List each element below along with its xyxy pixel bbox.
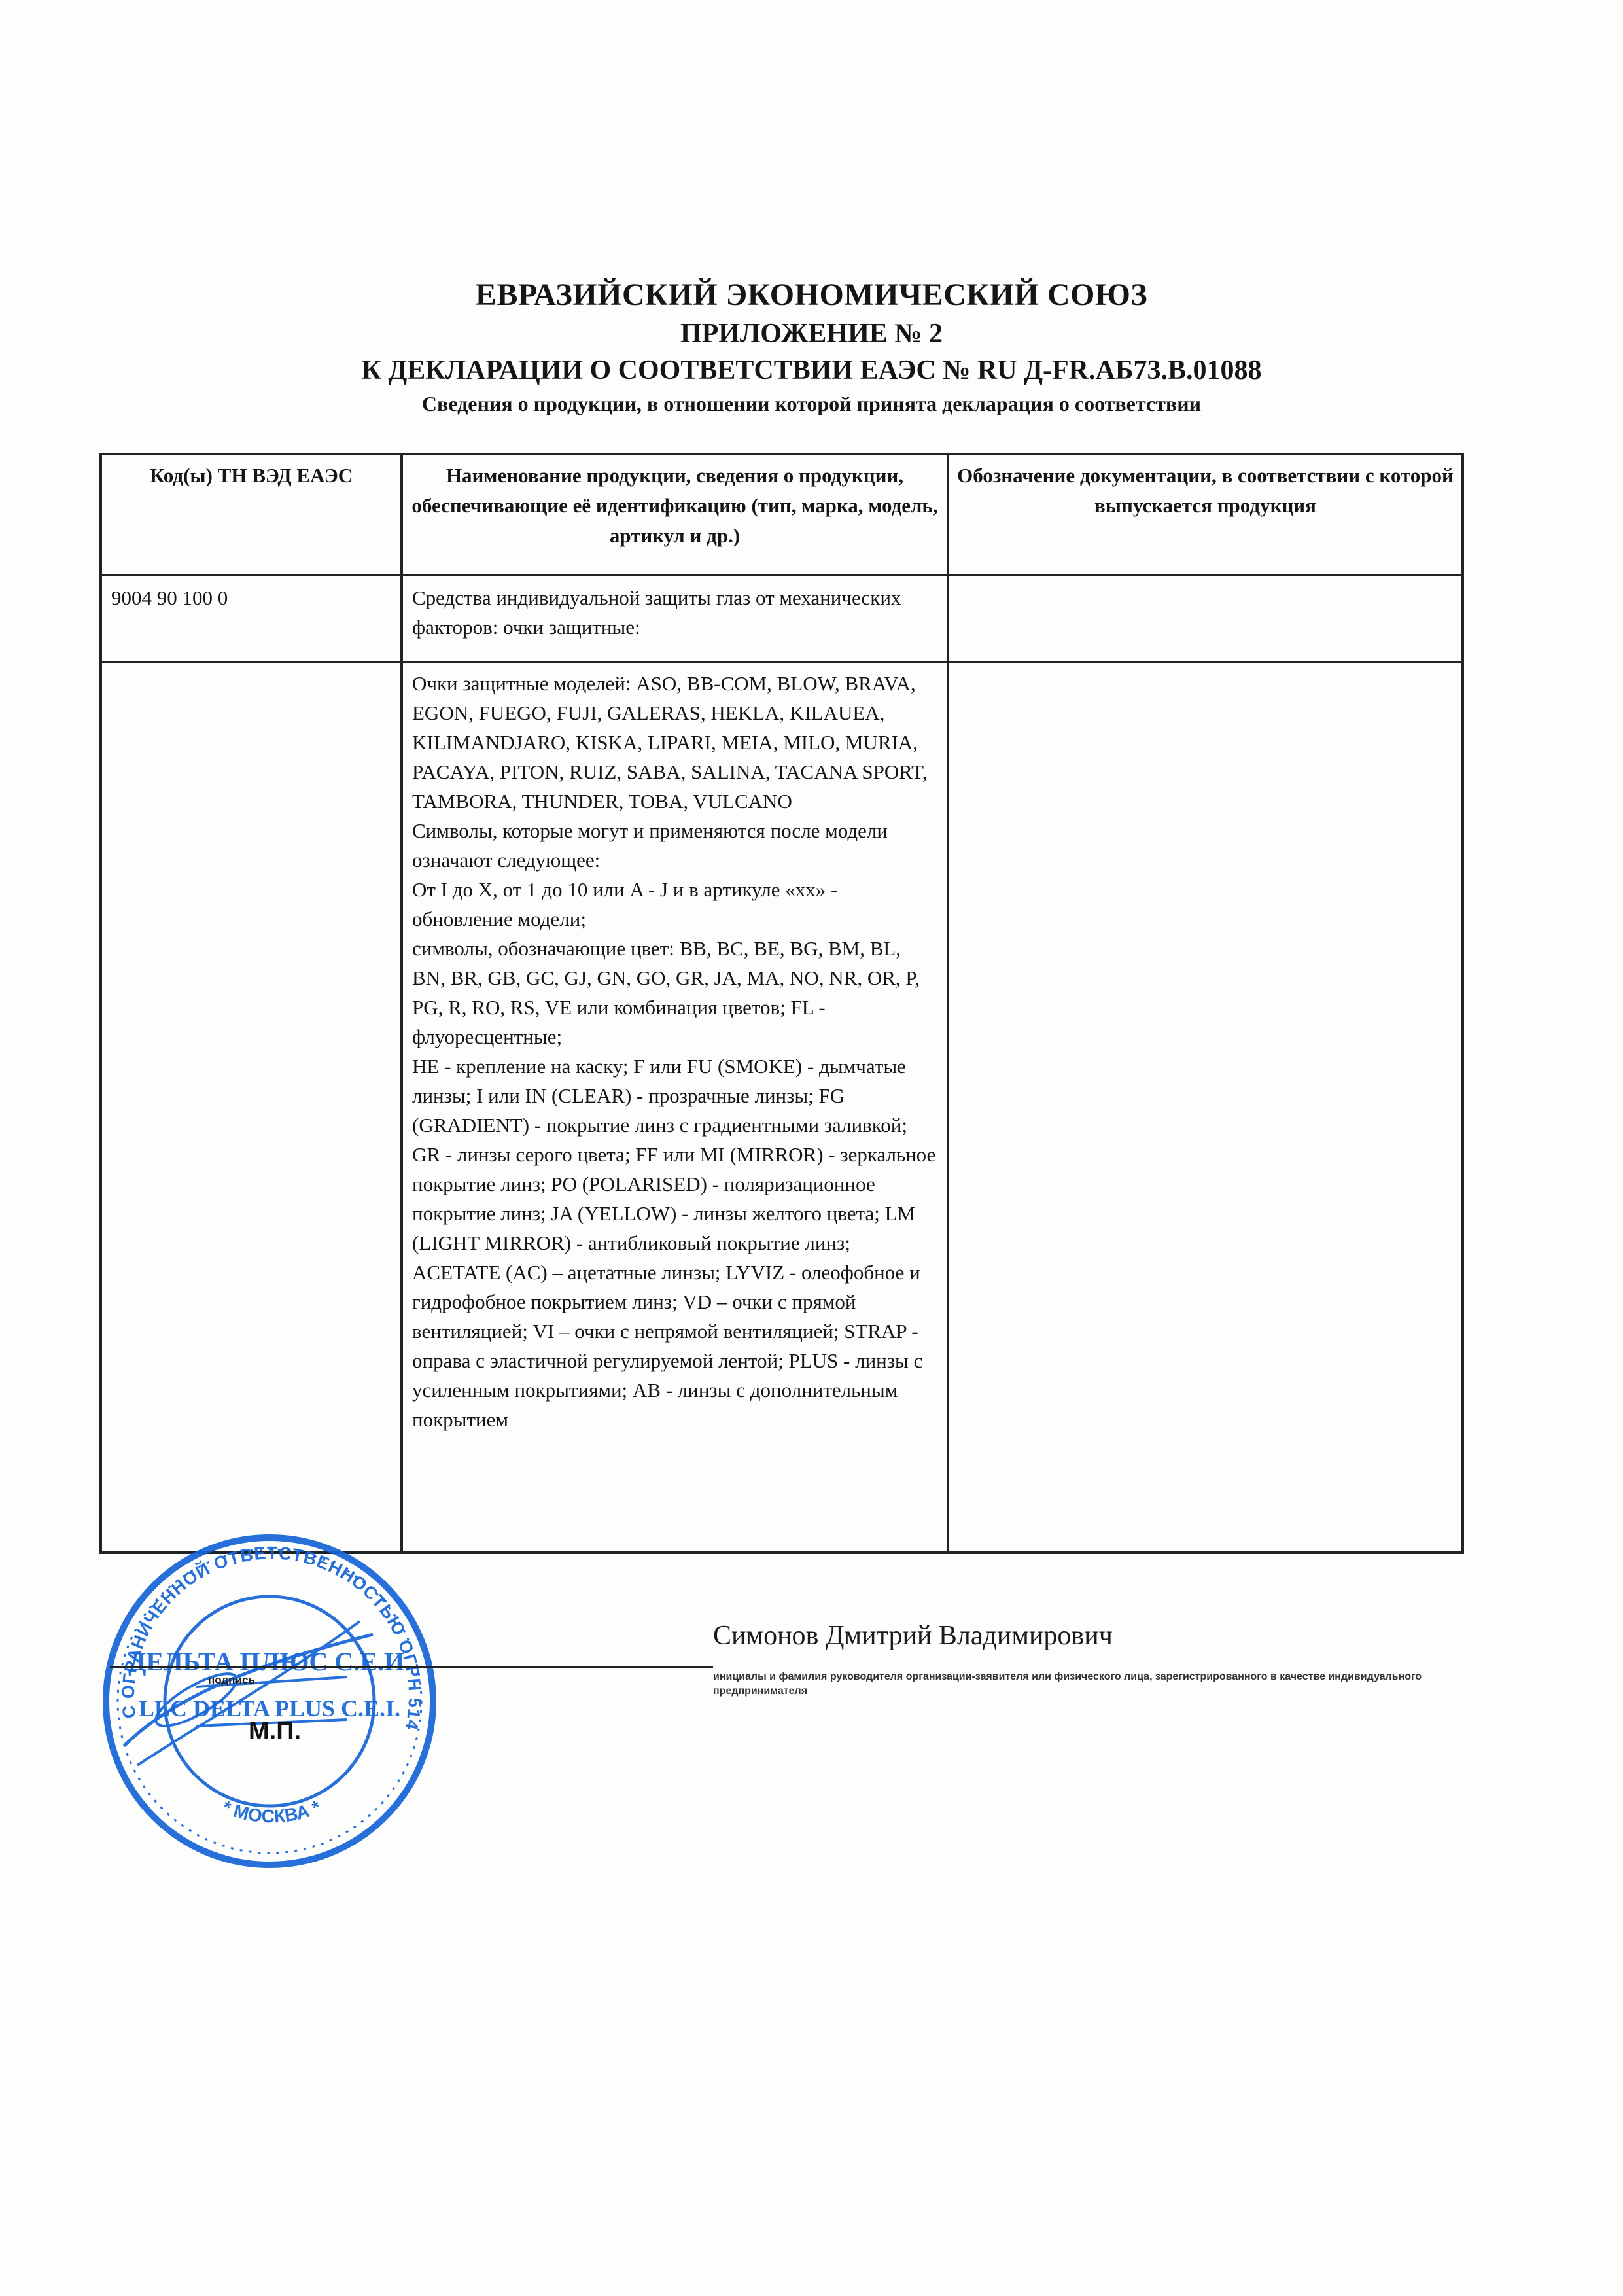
declaration-number: К ДЕКЛАРАЦИИ О СООТВЕТСТВИИ ЕАЭС № RU Д-…	[0, 352, 1623, 389]
signature-label: подпись	[208, 1674, 255, 1687]
model-update-symbols: От I до X, от 1 до 10 или A - J и в арти…	[412, 875, 937, 934]
signatory-name: Симонов Дмитрий Владимирович	[713, 1620, 1113, 1651]
company-seal-stamp: ОБЩЕСТВО С ОГРАНИЧЕННОЙ ОТВЕТСТВЕННОСТЬЮ…	[98, 1530, 445, 1877]
product-description: Средства индивидуальной защиты глаз от м…	[403, 576, 947, 642]
stamp-company-ru: ДЕЛЬТА ПЛЮС С.Е.И.	[128, 1647, 411, 1676]
table-row: 9004 90 100 0 Средства индивидуальной за…	[101, 575, 1463, 662]
stamp-city: * МОСКВА *	[219, 1797, 323, 1827]
appendix-title: ПРИЛОЖЕНИЕ № 2	[0, 315, 1623, 352]
column-header-product: Наименование продукции, сведения о проду…	[402, 454, 948, 575]
symbols-intro: Символы, которые могут и применяются пос…	[412, 816, 937, 875]
seal-place-label: М.П.	[249, 1718, 301, 1746]
column-header-code: Код(ы) ТН ВЭД ЕАЭС	[101, 454, 402, 575]
signatory-caption: инициалы и фамилия руководителя организа…	[713, 1670, 1465, 1699]
documentation	[949, 576, 1461, 583]
hs-code	[102, 663, 400, 669]
signature-line	[110, 1666, 713, 1668]
document-header: ЕВРАЗИЙСКИЙ ЭКОНОМИЧЕСКИЙ СОЮЗ ПРИЛОЖЕНИ…	[0, 275, 1623, 419]
model-list: Очки защитные моделей: ASO, BB-COM, BLOW…	[412, 669, 937, 816]
document-subtitle: Сведения о продукции, в отношении которо…	[0, 389, 1623, 419]
documentation	[949, 663, 1461, 669]
table-row: Очки защитные моделей: ASO, BB-COM, BLOW…	[101, 662, 1463, 1553]
feature-symbols: HE - крепление на каску; F или FU (SMOKE…	[412, 1051, 937, 1434]
product-description: Очки защитные моделей: ASO, BB-COM, BLOW…	[403, 663, 947, 1434]
table-header-row: Код(ы) ТН ВЭД ЕАЭС Наименование продукци…	[101, 454, 1463, 575]
svg-text:* МОСКВА *: * МОСКВА *	[219, 1797, 323, 1827]
union-title: ЕВРАЗИЙСКИЙ ЭКОНОМИЧЕСКИЙ СОЮЗ	[0, 275, 1623, 315]
color-symbols: символы, обозначающие цвет: BB, BC, BE, …	[412, 934, 937, 1051]
column-header-documentation: Обозначение документации, в соответствии…	[948, 454, 1463, 575]
hs-code: 9004 90 100 0	[102, 576, 400, 612]
products-table: Код(ы) ТН ВЭД ЕАЭС Наименование продукци…	[99, 453, 1464, 1554]
